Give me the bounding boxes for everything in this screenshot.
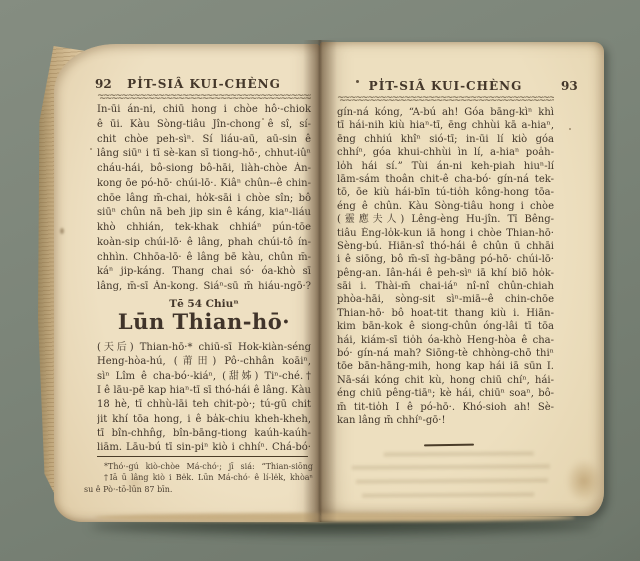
photo-background: 92 PI̍T-SIÂ KUI-CHÈNG In-ūi án-ni, chiū … [0, 0, 640, 561]
paper-stain [558, 450, 610, 512]
text-line: (天后) Thian-hō·* chiū-sī Hok-kiàn-séng [97, 341, 311, 355]
chapter-title: Lūn Thian-hō· [97, 309, 311, 334]
text-line: (靈應夫人) Lêng-èng Hu-jîn. Tī Bêng- [337, 213, 554, 226]
text-line: su ê Pò·-tō-lūn 87 bīn. [84, 484, 313, 495]
text-line: lām-sám thoân chit-ê cha-bó· gín-ná tek- [337, 173, 554, 186]
paper-speck [90, 148, 92, 150]
bottom-page-edge [95, 513, 575, 522]
ink-speck [356, 80, 359, 83]
text-line: tōe bān-hāng-mih, hong kap hái iā sūn I. [337, 360, 554, 373]
text-line: pêng-an. Iân-hái ê peh-sìⁿ iā khí biō ho… [337, 267, 554, 280]
footnote-separator [97, 456, 308, 457]
header-rule [337, 95, 554, 102]
text-line: chhìn. Chhōa-lō· ê lâng bē kàu, chûn m̄- [97, 251, 311, 266]
running-title: PI̍T-SIÂ KUI-CHÈNG [127, 77, 281, 91]
text-line: kong ōe pó-hō· chúi-lō·. Kiâⁿ chûn--ê ch… [97, 177, 311, 192]
text-line: éng chiū pêng-tiāⁿ; kè hái, chiūⁿ soaⁿ, … [337, 387, 554, 400]
right-page-body-text: gín-ná kóng, “A-bú ah! Góa bāng-kìⁿ khìt… [337, 106, 554, 427]
text-line: Thian-hō· bô hoat-tit thang kiù i. Hiān- [337, 307, 554, 320]
text-line: sìⁿ Lîm ê cha-bó·-kiáⁿ, (甜姊) Tiⁿ-ché.† [97, 370, 311, 384]
text-line: éng ê chûn. Kàu Sòng-tiâu hong i chòe [337, 200, 554, 213]
text-line: m̄ tit-tio̍h I ê pó-hō·. Khó-sioh ah! Sè… [337, 401, 554, 414]
text-line: Nā-sái kóng chit kù, hong chiū chíⁿ, hái… [337, 374, 554, 387]
text-line: Sèng-bú. Hiān-sî thó-hái ê chûn ū chhāi [337, 240, 554, 253]
paper-speck [569, 128, 571, 130]
text-line: kim bān-kok ê siong-chûn óng-lâi tī tōa [337, 320, 554, 333]
text-line: kan lâng m̄ chhíⁿ-gō·! [337, 414, 554, 427]
text-line: phòa-hāi, sòng-sit sìⁿ-miā--ê chin-chōe … [337, 293, 554, 306]
text-line: Heng-hòa-hú, (莆田) Pô·-chhân koāiⁿ, [97, 355, 311, 369]
text-line: jit khí tōa hong, i ê ba̍k-chiu kheh-khe… [97, 413, 311, 427]
left-page-header: 92 PI̍T-SIÂ KUI-CHÈNG [97, 77, 311, 91]
text-line: tiâu Éng-lo̍k-kun iā hong i chòe Thian-h… [337, 227, 554, 240]
left-page-number: 92 [95, 77, 112, 91]
chapter-body-text: (天后) Thian-hō·* chiū-sī Hok-kiàn-séngHen… [97, 341, 311, 456]
text-line: tī hái-nih kiù hiaⁿ-tī, ēng chhùi kā a-h… [337, 119, 554, 132]
text-line: chōe lâng m̄-chai, ho̍k-sāi i chòe sîn; … [97, 192, 311, 207]
text-line: chit chòe peh-sìⁿ. Sí liáu-aū, aū-sin ê [97, 133, 311, 148]
text-line: koàn-sip chúi-lō· ê lâng, phah chúi-tô í… [97, 236, 311, 251]
text-line: lo̍h hái sí.” Tùi án-ni keh-piah hiuⁿ-lí [337, 160, 554, 173]
text-line: bó· gín-ná mah? Siōng-tè chhòng-chō thiⁿ [337, 347, 554, 360]
header-rule [97, 93, 311, 100]
text-line: *Thó·-gú kiò-chòe Má-chó·; jī siá: “Thia… [84, 461, 313, 472]
text-line: 18 hè, tī chhù-lāi teh chit-pò·; tú-gū c… [97, 398, 311, 412]
right-page-number: 93 [561, 79, 578, 93]
text-line: chhíⁿ, góa khui-chhùi ìn lí, a-hiaⁿ poa̍… [337, 146, 554, 159]
text-line: hái, kiám-sī tio̍h óa-khò Heng-hòa ê cha… [337, 334, 554, 347]
left-page-body-text: In-ūi án-ni, chiū hong i chòe hô·-chiokê… [97, 103, 311, 295]
text-line: i ê siōng, bô m̄-sī ǹg-bāng pó-hō· chúi-… [337, 253, 554, 266]
text-line: siūⁿ chûn nā beh jip sin ê káng, kiaⁿ-li… [97, 206, 311, 221]
text-line: ēng chhiú khîⁿ sió-tī; in-ūi lí kiò góa [337, 133, 554, 146]
footnote-text: *Thó·-gú kiò-chòe Má-chó·; jī siá: “Thia… [84, 461, 313, 495]
text-line: gín-ná kóng, “A-bú ah! Góa bāng-kìⁿ khì [337, 106, 554, 119]
text-line: tō, ōe kiù hái-bīn tú-tio̍h kông-hong tō… [337, 186, 554, 199]
running-title: PI̍T-SIÂ KUI-CHÈNG [369, 79, 523, 93]
text-line: In-ūi án-ni, chiū hong i chòe hô·-chiok [97, 103, 311, 118]
text-line: lâng, m̄-sī Àn-kong. Siáⁿ-sū m̄ hiáu-ngō… [97, 280, 311, 295]
paper-stain [120, 470, 150, 496]
text-line: ê ūi. Kàu Sòng-tiâu Jîn-chong ê sî, sí- [97, 118, 311, 133]
text-line: khò chhián, tek-khak chhiáⁿ pún-tōe [97, 221, 311, 236]
right-page-header: PI̍T-SIÂ KUI-CHÈNG 93 [337, 79, 554, 93]
text-line: liām. Lāu-bú tī sin-piⁿ kiò i chhíⁿ. Chá… [97, 441, 311, 455]
text-line: káⁿ jip-káng. Thang chai só· óa-khò sī [97, 265, 311, 280]
text-line: tī bîn-chhn̂g, bîn-bāng-tiong kaúh-kaúh- [97, 427, 311, 441]
text-line: sāi i. Thài-m̄ chai-iáⁿ nî-nî chûn-chiah [337, 280, 554, 293]
text-line: I ê lāu-pē kap hiaⁿ-tī sī thó-hái ê lâng… [97, 384, 311, 398]
page-edge-notch [60, 228, 64, 234]
text-line: lâng siūⁿ i tī sè-kan sī tiong-hō·, chhu… [97, 147, 311, 162]
text-line: †Iā ū lâng kiò i Be̍k. Lūn Má-chó· ê lí-… [84, 472, 313, 483]
paper-speck [262, 118, 264, 120]
text-line: cháu-hái, bô-siong bô-hāi, liàh-chòe Àn- [97, 162, 311, 177]
